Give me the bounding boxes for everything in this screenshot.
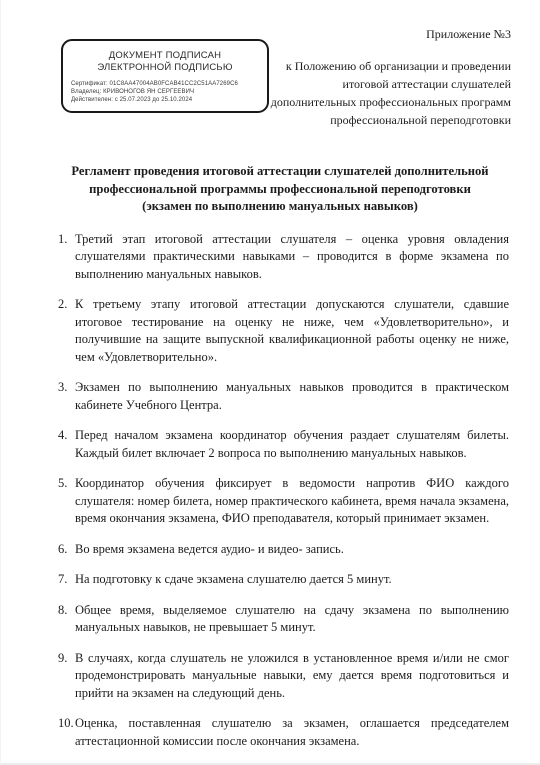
list-item: 8.Общее время, выделяемое слушателю на с… <box>58 602 509 637</box>
list-item: 10.Оценка, поставленная слушателю за экз… <box>58 715 509 750</box>
document-page: ДОКУМЕНТ ПОДПИСАН ЭЛЕКТРОННОЙ ПОДПИСЬЮ С… <box>0 0 540 765</box>
appendix-line: итоговой аттестации слушателей <box>251 75 511 93</box>
item-text: Общее время, выделяемое слушателю на сда… <box>75 603 509 635</box>
item-text: Третий этап итоговой аттестации слушател… <box>75 232 509 281</box>
regulation-list: 1.Третий этап итоговой аттестации слушат… <box>58 231 509 751</box>
stamp-validity: Действителен: с 25.07.2023 до 25.10.2024 <box>71 96 267 104</box>
list-item: 9.В случаях, когда слушатель не уложился… <box>58 650 509 703</box>
item-text: Оценка, поставленная слушателю за экзаме… <box>75 716 509 748</box>
item-number: 3. <box>58 379 75 397</box>
list-item: 4.Перед началом экзамена координатор обу… <box>58 427 509 462</box>
list-item: 1.Третий этап итоговой аттестации слушат… <box>58 231 509 284</box>
document-body: Регламент проведения итоговой аттестации… <box>58 163 509 763</box>
item-number: 9. <box>58 650 75 668</box>
appendix-block: Приложение №3 к Положению об организации… <box>251 25 511 129</box>
item-number: 6. <box>58 541 75 559</box>
appendix-line: профессиональной переподготовки <box>251 111 511 129</box>
item-number: 7. <box>58 571 75 589</box>
list-item: 6.Во время экзамена ведется аудио- и вид… <box>58 541 509 559</box>
item-number: 4. <box>58 427 75 445</box>
stamp-title-line2: ЭЛЕКТРОННОЙ ПОДПИСЬЮ <box>63 62 267 74</box>
item-number: 5. <box>58 475 75 493</box>
title-line3: (экзамен по выполнению мануальных навыко… <box>45 198 515 216</box>
item-number: 2. <box>58 296 75 314</box>
title-line2: профессиональной программы профессиональ… <box>45 181 515 199</box>
stamp-certificate: Сертификат: 01C8AA47004AB0FCAB41CC2C51AA… <box>71 80 267 88</box>
appendix-line: к Положению об организации и проведении <box>251 57 511 75</box>
list-item: 7.На подготовку к сдаче экзамена слушате… <box>58 571 509 589</box>
item-text: Экзамен по выполнению мануальных навыков… <box>75 380 509 412</box>
item-text: К третьему этапу итоговой аттестации доп… <box>75 297 509 364</box>
item-number: 10. <box>58 715 75 733</box>
document-title: Регламент проведения итоговой аттестации… <box>45 163 515 216</box>
item-text: Во время экзамена ведется аудио- и видео… <box>75 542 344 556</box>
item-text: Координатор обучения фиксирует в ведомос… <box>75 476 509 525</box>
item-number: 8. <box>58 602 75 620</box>
list-item: 3.Экзамен по выполнению мануальных навык… <box>58 379 509 414</box>
item-number: 1. <box>58 231 75 249</box>
appendix-label: Приложение №3 <box>251 25 511 43</box>
stamp-title: ДОКУМЕНТ ПОДПИСАН ЭЛЕКТРОННОЙ ПОДПИСЬЮ <box>63 50 267 73</box>
appendix-line: дополнительных профессиональных программ <box>251 93 511 111</box>
list-item: 2.К третьему этапу итоговой аттестации д… <box>58 296 509 366</box>
item-text: Перед началом экзамена координатор обуче… <box>75 428 509 460</box>
list-item: 5.Координатор обучения фиксирует в ведом… <box>58 475 509 528</box>
stamp-owner: Владелец: КРИВОНОГОВ ЯН СЕРГЕЕВИЧ <box>71 88 267 96</box>
stamp-title-line1: ДОКУМЕНТ ПОДПИСАН <box>63 50 267 62</box>
signature-stamp: ДОКУМЕНТ ПОДПИСАН ЭЛЕКТРОННОЙ ПОДПИСЬЮ С… <box>61 39 269 113</box>
item-text: На подготовку к сдаче экзамена слушателю… <box>75 572 392 586</box>
stamp-details: Сертификат: 01C8AA47004AB0FCAB41CC2C51AA… <box>71 80 267 104</box>
title-line1: Регламент проведения итоговой аттестации… <box>45 163 515 181</box>
item-text: В случаях, когда слушатель не уложился в… <box>75 651 509 700</box>
